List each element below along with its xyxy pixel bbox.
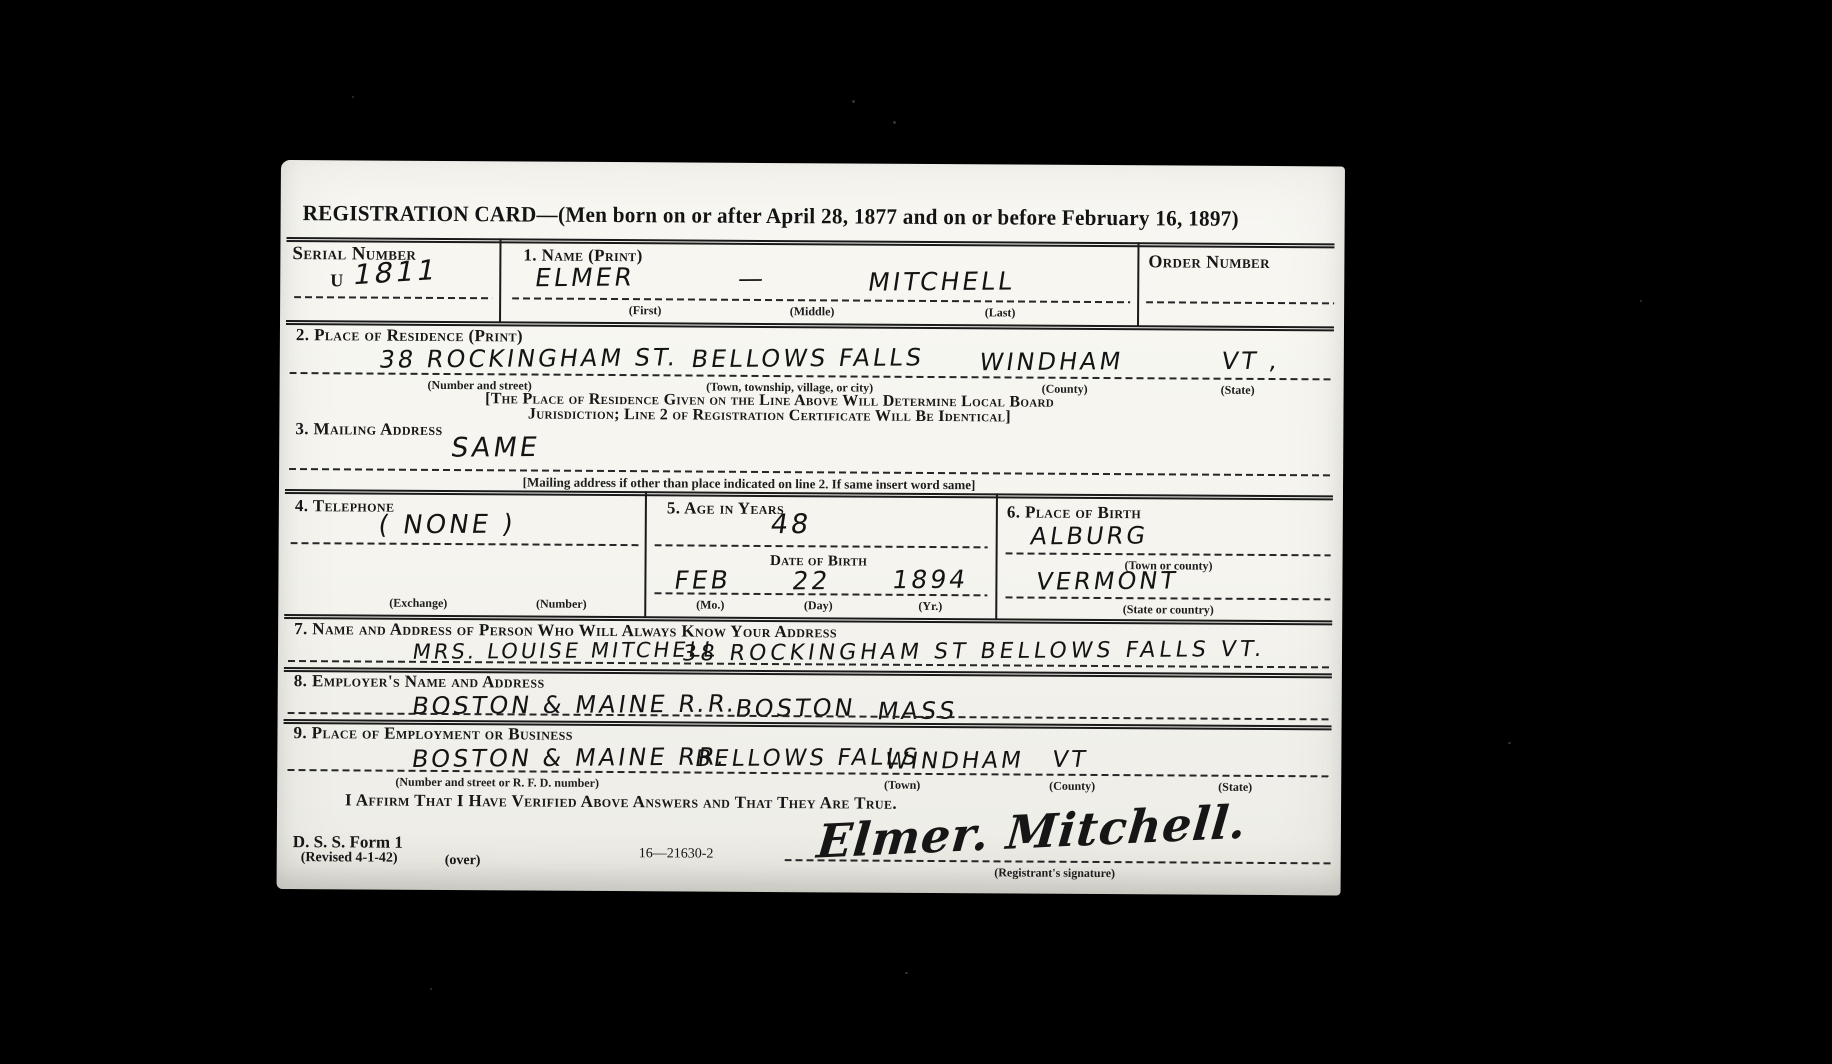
name-last-value: MITCHELL <box>866 266 1017 296</box>
name-middle-sublabel: (Middle) <box>790 304 835 319</box>
order-number-label: Order Number <box>1148 251 1270 273</box>
dust-speck <box>1508 742 1511 744</box>
mailing-address-value: SAME <box>449 432 542 464</box>
contact-name-value: MRS. LOUISE MITCHELL <box>411 638 720 664</box>
telephone-value: ( NONE ) <box>376 510 517 541</box>
telephone-line <box>291 542 639 546</box>
dob-month-value: FEB <box>672 565 733 594</box>
divider-name-order <box>1137 242 1140 326</box>
dust-speck <box>905 972 908 974</box>
age-value: 48 <box>768 509 813 540</box>
serial-prefix: U <box>330 270 343 291</box>
employment-label: 9. Place of Employment or Business <box>293 723 572 745</box>
age-line <box>655 544 988 548</box>
mailing-line <box>289 468 1331 476</box>
mailing-address-label: 3. Mailing Address <box>295 419 442 440</box>
name-line <box>512 297 1130 303</box>
employer-label: 8. Employer's Name and Address <box>294 671 545 693</box>
dob-year-sublabel: (Yr.) <box>918 599 942 614</box>
dob-year-value: 1894 <box>890 565 970 595</box>
birth-town-line <box>1006 552 1331 556</box>
employment-county-value: WINDHAM <box>883 748 1026 775</box>
dust-speck <box>352 96 354 98</box>
dob-day-value: 22 <box>790 566 832 595</box>
name-last-sublabel: (Last) <box>985 305 1016 320</box>
serial-number-value: 1811 <box>351 253 442 291</box>
residence-state-sublabel: (State) <box>1221 383 1255 398</box>
signature-sublabel: (Registrant's signature) <box>994 865 1115 881</box>
dust-speck <box>430 988 432 990</box>
divider-telephone-age <box>644 491 647 617</box>
over-note: (over) <box>445 853 481 869</box>
jurisdiction-note-line2: Jurisdiction; Line 2 of Registration Cer… <box>528 406 1011 427</box>
telephone-number-sublabel: (Number) <box>536 597 587 612</box>
age-label: 5. Age in Years <box>667 498 784 519</box>
residence-town-value: BELLOWS FALLS <box>689 343 926 373</box>
dob-month-sublabel: (Mo.) <box>696 598 724 613</box>
employment-state-value: VT <box>1050 747 1090 773</box>
dob-day-sublabel: (Day) <box>804 598 833 613</box>
order-line <box>1146 301 1334 304</box>
residence-county-value: WINDHAM <box>978 347 1126 376</box>
name-middle-value: — <box>736 264 768 293</box>
birth-state-sublabel: (State or country) <box>1123 602 1214 618</box>
print-code: 16—21630-2 <box>639 846 714 862</box>
name-first-sublabel: (First) <box>629 303 662 318</box>
birth-state-value: VERMONT <box>1034 567 1180 596</box>
rule-under-title <box>286 237 1334 248</box>
dust-speck <box>893 121 896 124</box>
affirmation-text: I Affirm That I Have Verified Above Answ… <box>345 790 897 813</box>
residence-street-value: 38 ROCKINGHAM ST. <box>377 343 680 373</box>
employment-place-value: BOSTON & MAINE RR. <box>410 743 730 773</box>
employment-county-sublabel: (County) <box>1049 779 1095 794</box>
employer-state-value: MASS <box>875 697 959 726</box>
name-first-value: ELMER <box>533 262 637 292</box>
residence-label: 2. Place of Residence (Print) <box>296 325 523 346</box>
registration-card: REGISTRATION CARD—(Men born on or after … <box>277 160 1345 895</box>
telephone-exchange-sublabel: (Exchange) <box>389 596 447 611</box>
form-revision: (Revised 4-1-42) <box>301 850 398 867</box>
residence-state-value: VT , <box>1220 347 1283 375</box>
birth-town-value: ALBURG <box>1028 521 1150 550</box>
birth-state-line <box>1005 596 1330 600</box>
card-title: REGISTRATION CARD—(Men born on or after … <box>303 200 1239 232</box>
serial-line <box>294 296 492 299</box>
employment-street-sublabel: (Number and street or R. F. D. number) <box>395 775 599 791</box>
divider-age-birth <box>995 493 998 619</box>
birth-label: 6. Place of Birth <box>1007 502 1141 523</box>
employer-city-value: BOSTON <box>733 694 857 723</box>
employment-state-sublabel: (State) <box>1218 780 1252 795</box>
scan-background: { "background_color": "#000000", "card":… <box>0 0 1832 1064</box>
dust-speck <box>1640 300 1642 302</box>
employment-town-sublabel: (Town) <box>884 778 920 793</box>
divider-serial-name <box>499 238 502 322</box>
dust-speck <box>852 100 855 103</box>
